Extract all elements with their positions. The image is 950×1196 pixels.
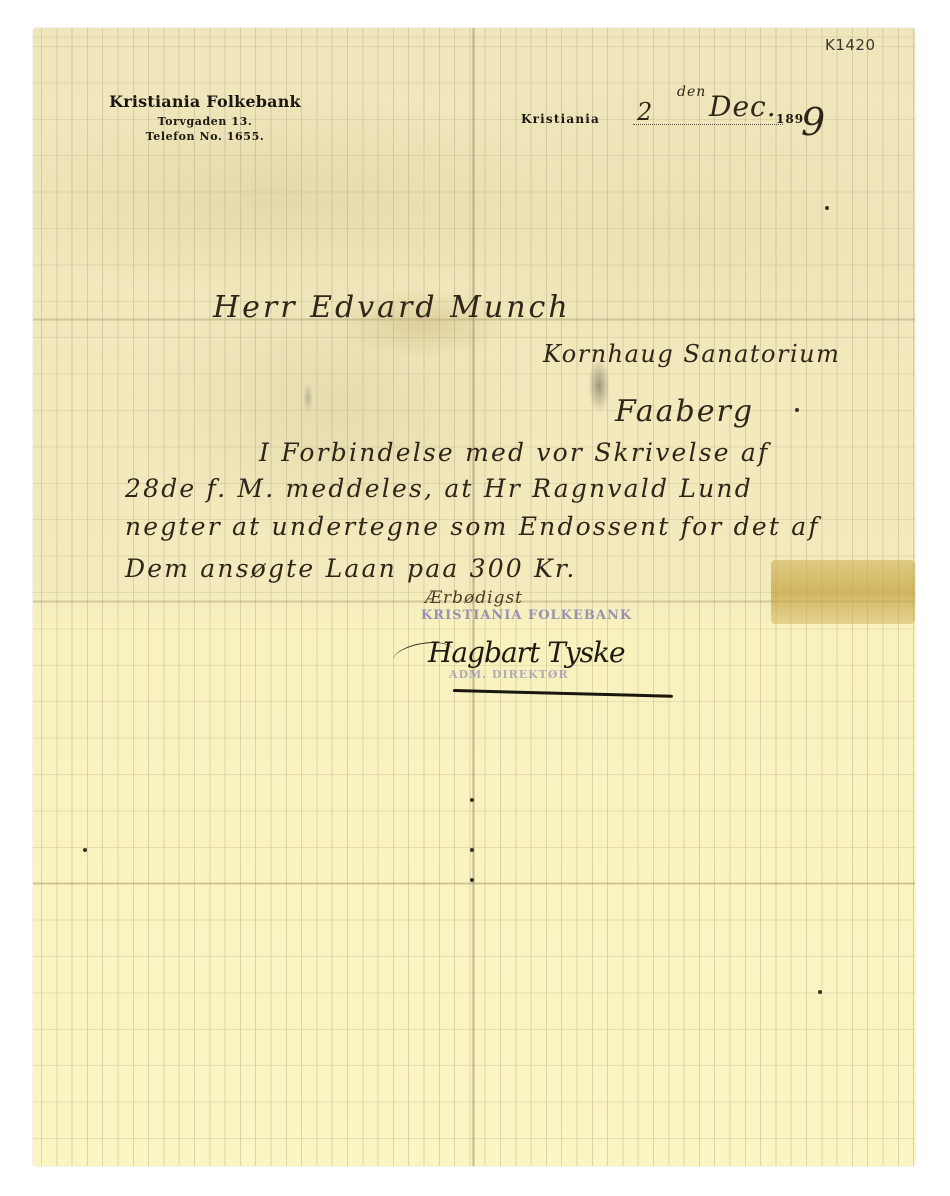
title-stamp: ADM. DIREKTØR (449, 668, 569, 681)
body-line: negter at undertegne som Endossent for d… (125, 512, 820, 541)
bank-address: Torvgaden 13. (85, 115, 325, 128)
ink-speck (470, 798, 474, 802)
dateline-month: Dec. (709, 90, 777, 123)
horizontal-fold-lower (33, 882, 915, 885)
dateline-year-printed: 189 (776, 112, 804, 126)
dateline-city: Kristiania (521, 112, 600, 126)
ink-speck (470, 848, 474, 852)
letter-paper: K1420 Kristiania Folkebank Torvgaden 13.… (33, 28, 915, 1166)
ink-speck (795, 408, 799, 412)
ink-speck (818, 990, 822, 994)
bank-stamp: KRISTIANIA FOLKEBANK (421, 608, 632, 623)
body-line: Dem ansøgte Laan paa 300 Kr. (125, 554, 576, 583)
signature: Hagbart Tyske (428, 636, 625, 669)
ink-speck (83, 848, 87, 852)
letterhead: Kristiania Folkebank Torvgaden 13. Telef… (85, 92, 325, 143)
archive-number: K1420 (825, 36, 876, 54)
body-line: I Forbindelse med vor Skrivelse af (259, 438, 769, 467)
bank-name: Kristiania Folkebank (85, 92, 325, 111)
dateline-dotted-rule (633, 124, 783, 125)
recipient-town: Faaberg (615, 394, 754, 429)
dateline: Kristiania 2 den Dec. 189 9 (521, 86, 881, 166)
body-line: 28de f. M. meddeles, at Hr Ragnvald Lund (125, 474, 753, 503)
dateline-day-suffix: den (677, 84, 706, 100)
recipient-place: Kornhaug Sanatorium (543, 340, 840, 368)
ink-speck (470, 878, 474, 882)
ink-speck (825, 206, 829, 210)
closing-salutation: Ærbødigst (425, 588, 523, 608)
recipient-name: Herr Edvard Munch (213, 290, 571, 325)
dateline-year-handwritten: 9 (801, 100, 826, 144)
bank-telephone: Telefon No. 1655. (85, 130, 325, 143)
dateline-day: 2 (637, 98, 653, 126)
